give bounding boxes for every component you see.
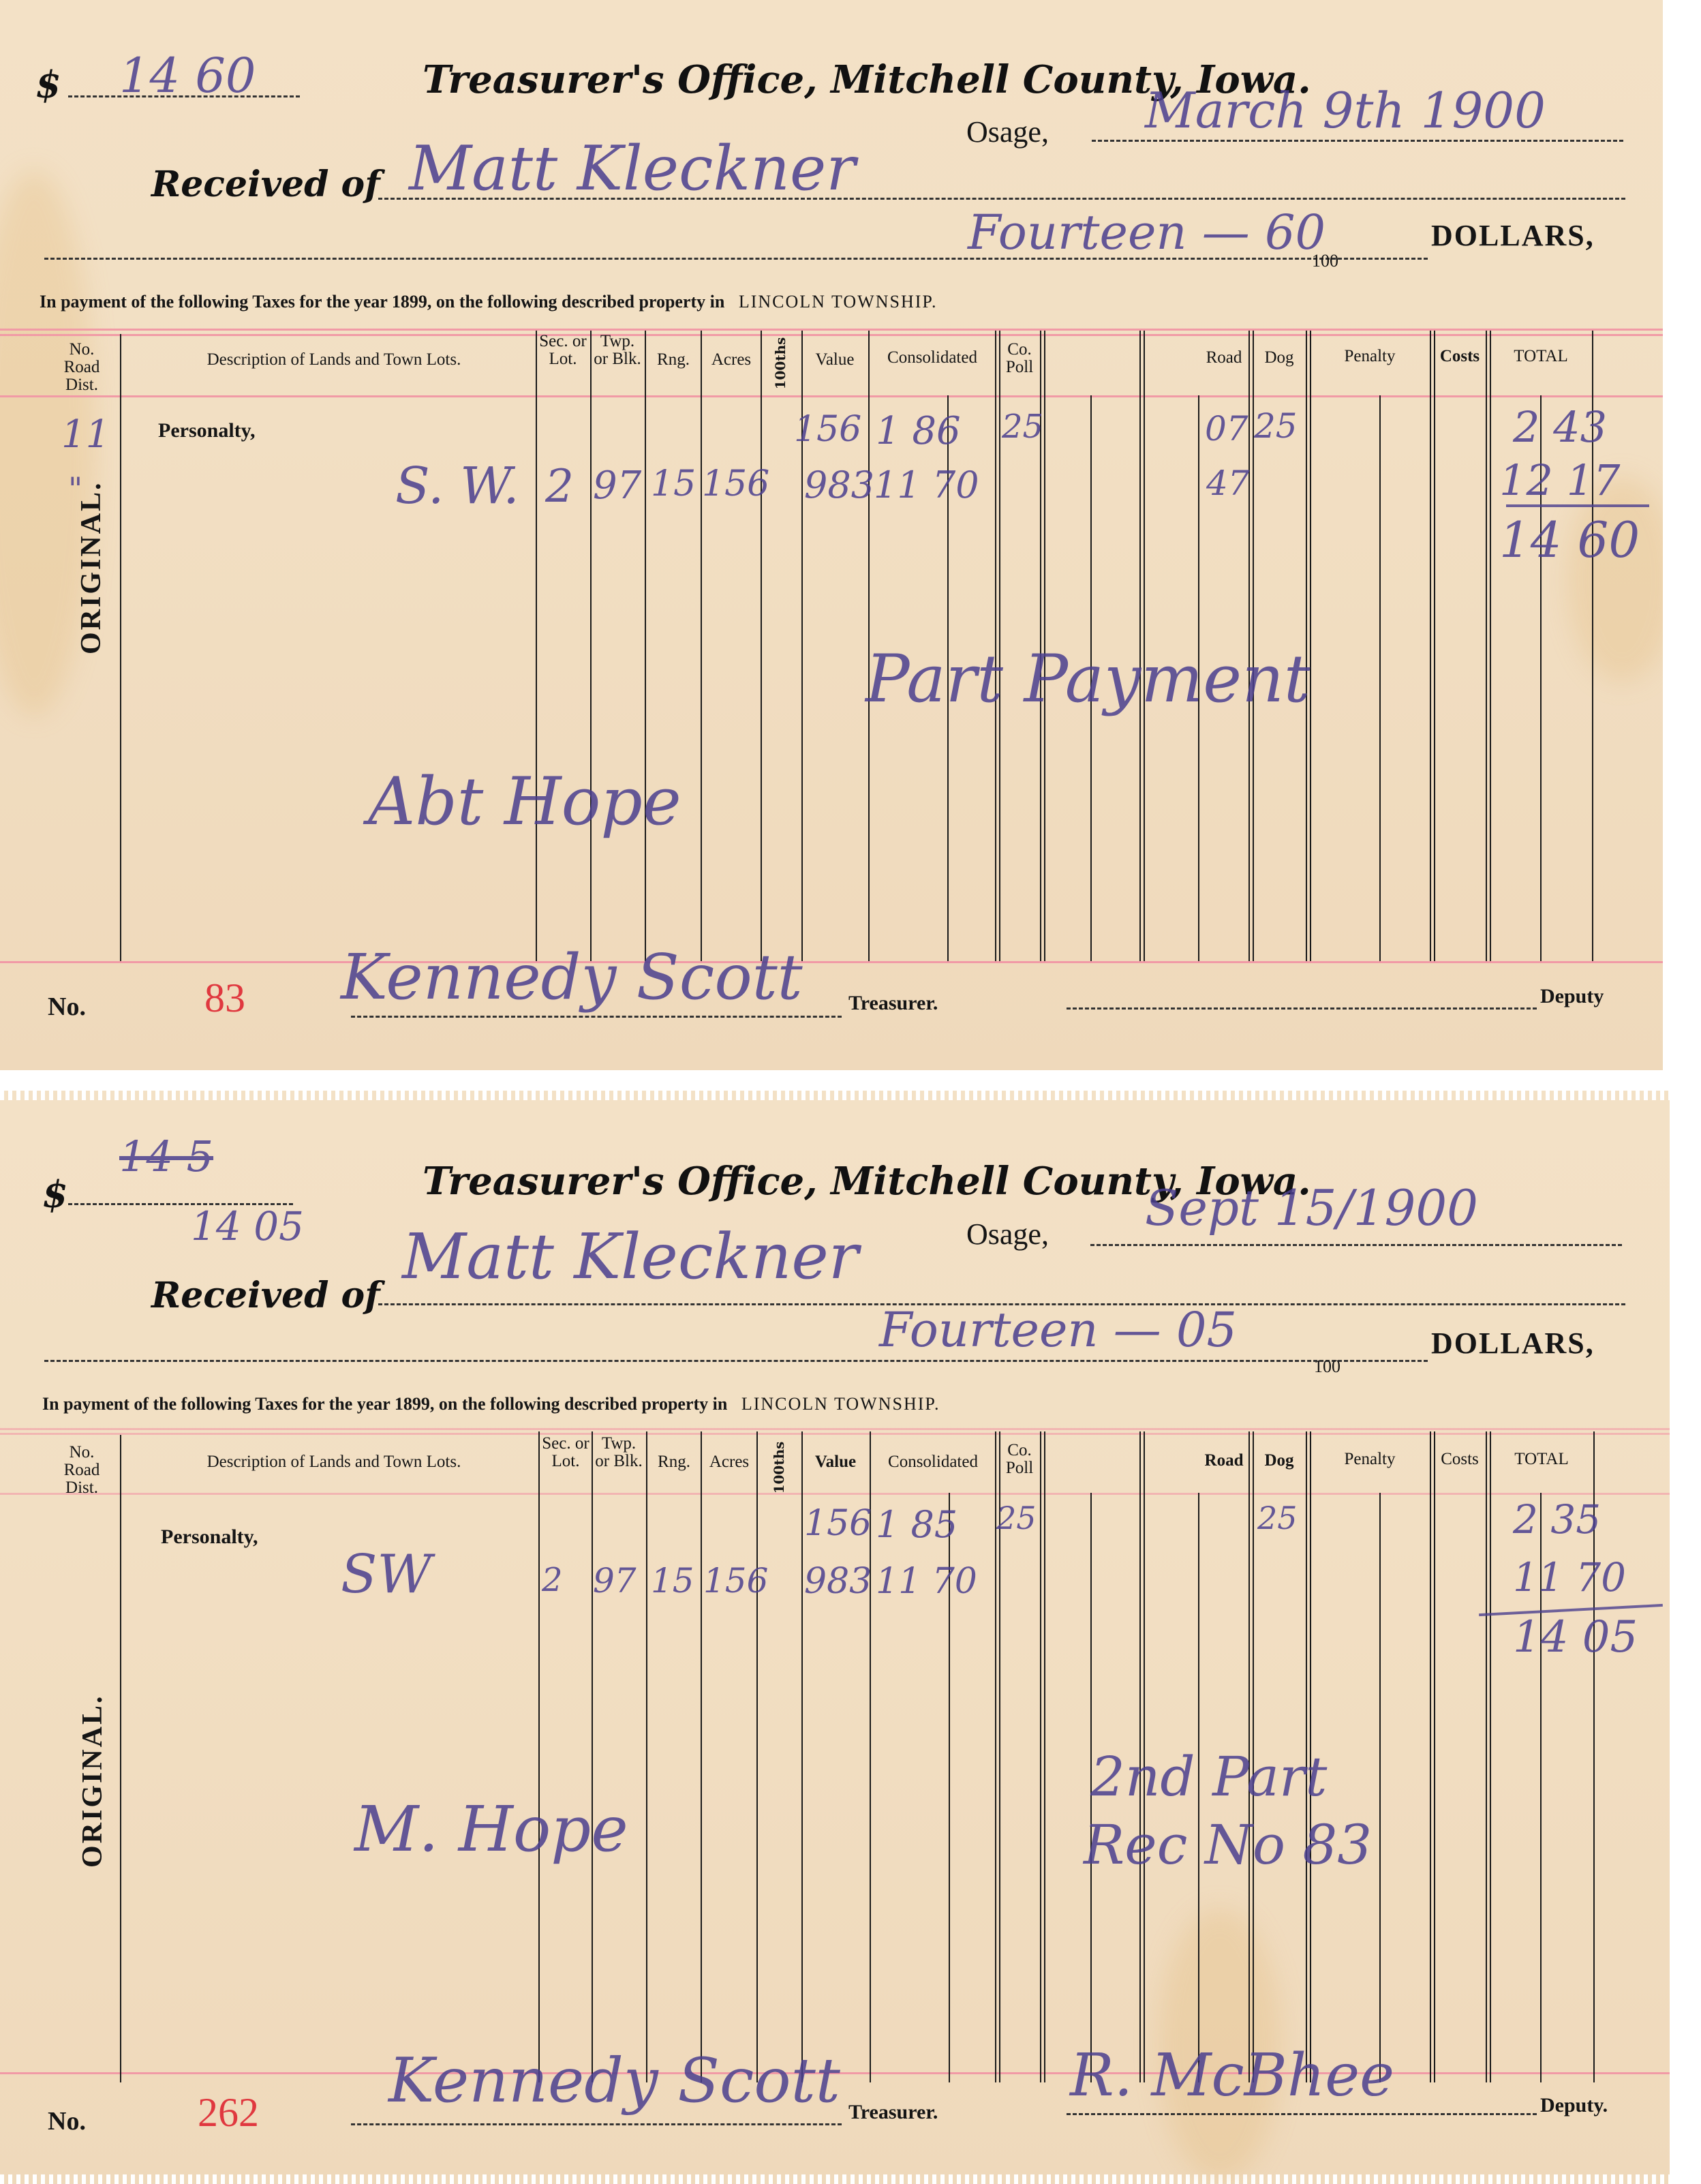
row2-rng: 15 — [651, 464, 696, 504]
receipt-number-label: No. — [48, 2106, 86, 2136]
clerk-signature: Abt Hope — [368, 763, 681, 840]
row2-twp: 97 — [593, 1561, 637, 1601]
header-sec-lot: Sec. or Lot. — [537, 333, 589, 368]
fraction-denominator: 100 — [1314, 1356, 1340, 1377]
township-name: LINCOLN TOWNSHIP. — [739, 292, 938, 312]
col-divider — [1379, 395, 1381, 961]
col-divider — [590, 331, 592, 961]
col-divider — [120, 334, 121, 961]
header-100ths: 100ths — [771, 333, 789, 394]
payment-statement-text: In payment of the following Taxes for th… — [40, 292, 724, 312]
header-dog: Dog — [1253, 349, 1306, 367]
original-label: ORIGINAL. — [75, 481, 108, 654]
deputy-label: Deputy. — [1540, 2094, 1608, 2117]
dollar-sign: $ — [42, 1172, 68, 1216]
header-rng: Rng. — [646, 351, 701, 369]
col-divider — [1434, 1431, 1435, 2082]
row1-description: Personalty, — [158, 419, 256, 442]
col-divider — [592, 1431, 593, 2082]
row2-total: 11 70 — [1513, 1554, 1626, 1601]
row2-rng: 15 — [651, 1561, 694, 1601]
amount-figure: 14 05 — [191, 1203, 304, 1249]
row1-consolidated: 1 86 — [876, 409, 961, 453]
header-road-dist: No. Road Dist. — [55, 1444, 109, 1497]
col-divider — [1430, 1431, 1431, 2082]
deputy-line — [1067, 2113, 1537, 2115]
row2-sec: 2 — [542, 1561, 563, 1599]
header-twp-blk: Twp. or Blk. — [593, 1435, 645, 1470]
payment-statement-text: In payment of the following Taxes for th… — [42, 1394, 727, 1414]
row2-sec: 2 — [545, 460, 574, 513]
col-divider — [536, 331, 537, 961]
header-rule-top — [0, 1428, 1670, 1430]
tax-receipt-2: $ 14 5 14 05 Treasurer's Office, Mitchel… — [0, 1091, 1670, 2184]
row2-acres: 156 — [703, 1561, 768, 1601]
header-value: Value — [801, 1453, 870, 1471]
dollar-sign: $ — [35, 63, 61, 106]
header-consolidated: Consolidated — [871, 1453, 995, 1471]
deputy-line — [1067, 1007, 1537, 1010]
header-rule-bottom — [0, 395, 1663, 397]
header-acres: Acres — [702, 1453, 756, 1471]
header-road-dist: No. Road Dist. — [55, 341, 109, 394]
amount-figure-struck: 14 5 — [119, 1132, 213, 1181]
row1-co-poll: 25 — [1002, 408, 1043, 446]
row2-description: SW — [341, 1544, 432, 1605]
total-underline — [1506, 504, 1649, 507]
payment-statement: In payment of the following Taxes for th… — [42, 1394, 940, 1414]
row1-description: Personalty, — [161, 1526, 258, 1549]
header-twp-blk: Twp. or Blk. — [592, 333, 643, 368]
receipt-number-label: No. — [48, 992, 86, 1022]
row1-dog: 25 — [1254, 406, 1298, 446]
header-penalty: Penalty — [1310, 348, 1430, 365]
header-co-poll: Co. Poll — [999, 1442, 1040, 1477]
col-divider — [1486, 1431, 1487, 2082]
row2-description: S. W. — [395, 457, 519, 515]
row1-road: 07 — [1205, 409, 1248, 449]
row1-value: 156 — [804, 1503, 872, 1544]
col-divider — [1430, 331, 1431, 961]
amount-figure: 14 60 — [119, 48, 256, 104]
row1-total: 2 35 — [1513, 1496, 1601, 1543]
col-divider — [761, 331, 762, 961]
header-dog: Dog — [1253, 1452, 1306, 1470]
place-label: Osage, — [966, 115, 1049, 149]
col-divider — [1490, 331, 1491, 961]
header-sec-lot: Sec. or Lot. — [540, 1435, 592, 1470]
part-payment-note: Part Payment — [865, 641, 1311, 717]
treasurer-label: Treasurer. — [848, 992, 938, 1015]
row2-value: 983 — [804, 1561, 872, 1602]
header-rule-top-2 — [0, 1433, 1670, 1435]
col-divider — [646, 1431, 647, 2082]
original-label: ORIGINAL. — [76, 1694, 109, 1868]
treasurer-signature: Kennedy Scott — [388, 2045, 840, 2117]
treasurer-signature: Kennedy Scott — [341, 941, 803, 1014]
col-divider — [701, 331, 702, 961]
township-name: LINCOLN TOWNSHIP. — [741, 1394, 940, 1414]
paper-stain — [1567, 477, 1663, 682]
col-divider-double — [1040, 1431, 1041, 2082]
row1-total: 2 43 — [1513, 402, 1607, 452]
header-acres: Acres — [702, 351, 761, 369]
header-value: Value — [801, 351, 868, 369]
row2-acres: 156 — [702, 464, 769, 504]
dollars-label: DOLLARS, — [1431, 1326, 1595, 1361]
date-value: March 9th 1900 — [1145, 82, 1546, 139]
col-divider — [756, 1431, 758, 2082]
header-rule-bottom — [0, 1493, 1670, 1495]
header-co-poll: Co. Poll — [999, 341, 1040, 376]
place-label: Osage, — [966, 1217, 1049, 1252]
row1-road-dist: 11 — [61, 412, 110, 457]
col-divider — [701, 1431, 702, 2082]
col-divider-double — [1044, 1431, 1045, 2082]
grand-total: 14 05 — [1513, 1612, 1638, 1663]
row2-consolidated: 11 70 — [874, 464, 979, 506]
header-description: Description of Lands and Town Lots. — [136, 1453, 532, 1471]
treasurer-line — [351, 1016, 842, 1018]
treasurer-label: Treasurer. — [848, 2101, 938, 2124]
header-rng: Rng. — [647, 1453, 701, 1471]
header-consolidated: Consolidated — [870, 349, 995, 367]
col-divider — [645, 331, 646, 961]
table-rule-bottom — [0, 961, 1663, 963]
row1-dog: 25 — [1257, 1500, 1298, 1536]
grand-total: 14 60 — [1499, 511, 1640, 568]
date-line — [1092, 140, 1623, 142]
col-divider — [1490, 1431, 1491, 2082]
row1-consolidated: 1 85 — [876, 1503, 957, 1546]
header-costs: Costs — [1434, 348, 1486, 365]
row2-consolidated: 11 70 — [876, 1561, 977, 1602]
payment-statement: In payment of the following Taxes for th… — [40, 292, 937, 312]
received-of-label: Received of — [151, 1275, 380, 1316]
col-divider — [1379, 1493, 1381, 2082]
receipt-number: 262 — [198, 2089, 259, 2136]
header-penalty: Penalty — [1310, 1451, 1430, 1468]
col-divider — [120, 1435, 121, 2082]
row1-co-poll: 25 — [996, 1500, 1037, 1536]
col-divider — [1434, 331, 1435, 961]
header-road: Road — [1199, 1452, 1248, 1470]
header-rule-top-2 — [0, 334, 1663, 336]
tax-receipt-1: $ 14 60 Treasurer's Office, Mitchell Cou… — [0, 0, 1663, 1070]
row1-value: 156 — [794, 409, 861, 450]
amount-words: Fourteen — 05 — [879, 1302, 1237, 1358]
treasurer-line — [351, 2123, 842, 2125]
perforated-edge-top — [0, 1091, 1670, 1100]
dollars-label: DOLLARS, — [1431, 218, 1595, 253]
row2-value: 983 — [804, 464, 874, 506]
date-value: Sept 15/1900 — [1145, 1179, 1478, 1237]
fraction-denominator: 100 — [1312, 251, 1338, 271]
row2-road: 47 — [1206, 464, 1250, 503]
receipt-number: 83 — [204, 975, 245, 1022]
row2-total: 12 17 — [1499, 455, 1621, 505]
payer-name: Matt Kleckner — [409, 133, 855, 204]
rec-no-note: Rec No 83 — [1084, 1813, 1372, 1877]
header-description: Description of Lands and Town Lots. — [136, 351, 532, 369]
row2-twp: 97 — [593, 464, 641, 508]
header-total: TOTAL — [1490, 348, 1592, 365]
received-of-label: Received of — [151, 164, 380, 205]
deputy-signature: R. McBhee — [1070, 2042, 1394, 2110]
header-100ths: 100ths — [770, 1437, 788, 1498]
second-part-note: 2nd Part — [1090, 1745, 1327, 1808]
col-divider — [538, 1431, 540, 2082]
header-rule-top — [0, 329, 1663, 331]
amount-words-line — [44, 1360, 1428, 1362]
header-costs: Costs — [1434, 1451, 1486, 1468]
clerk-signature: M. Hope — [354, 1793, 628, 1866]
header-road: Road — [1199, 349, 1248, 367]
deputy-label: Deputy — [1540, 985, 1604, 1008]
perforated-edge-bottom — [0, 2174, 1670, 2184]
date-line — [1090, 1244, 1622, 1246]
col-divider — [801, 1431, 803, 2082]
payer-name: Matt Kleckner — [402, 1220, 859, 1293]
amount-words: Fourteen — 60 — [968, 204, 1325, 260]
col-divider — [1486, 331, 1487, 961]
header-total: TOTAL — [1490, 1451, 1593, 1468]
